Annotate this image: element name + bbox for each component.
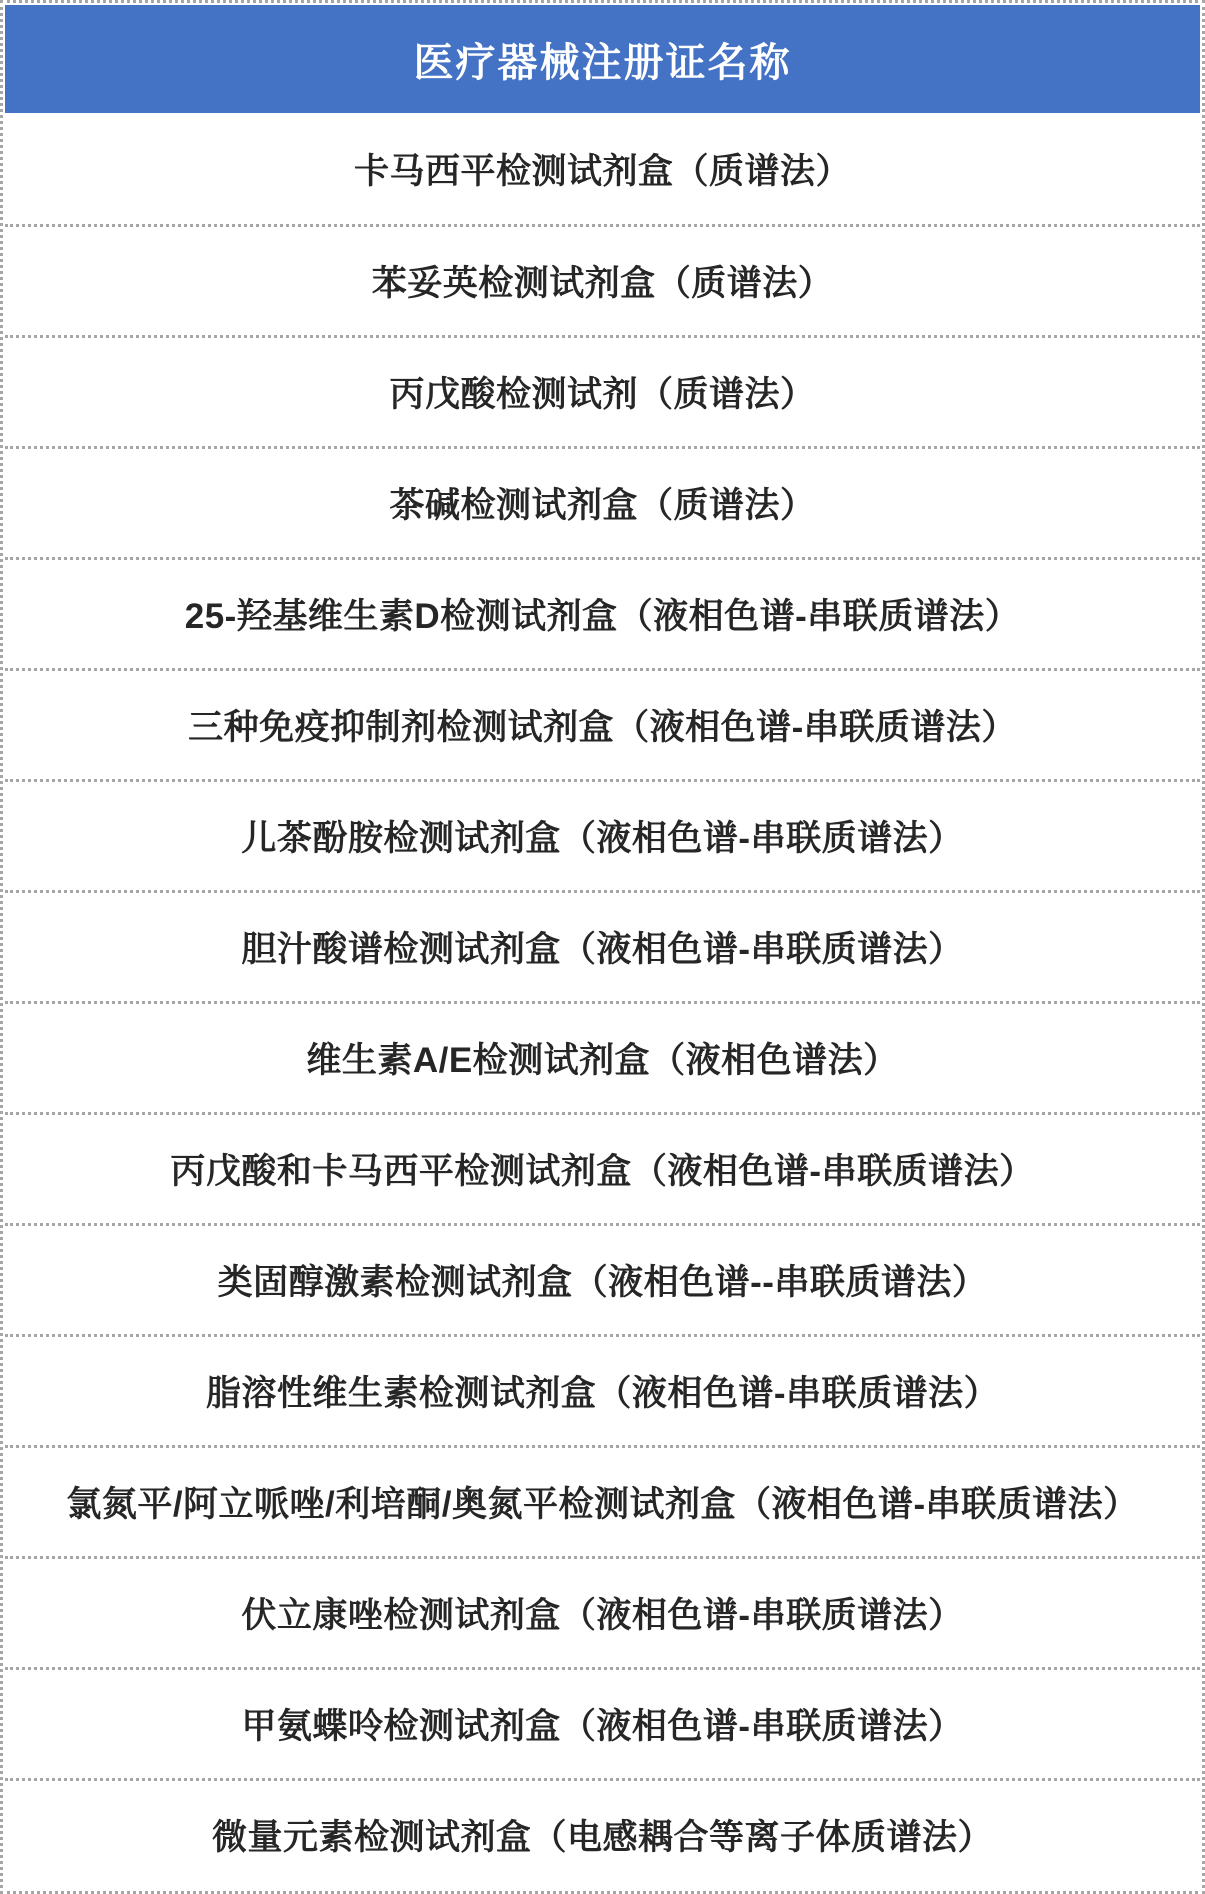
table-row: 氯氮平/阿立哌唑/利培酮/奥氮平检测试剂盒（液相色谱-串联质谱法）: [5, 1445, 1200, 1556]
table-row: 胆汁酸谱检测试剂盒（液相色谱-串联质谱法）: [5, 890, 1200, 1001]
table-row: 甲氨蝶呤检测试剂盒（液相色谱-串联质谱法）: [5, 1667, 1200, 1778]
table-row: 茶碱检测试剂盒（质谱法）: [5, 446, 1200, 557]
table-row: 维生素A/E检测试剂盒（液相色谱法）: [5, 1001, 1200, 1112]
row-label: 类固醇激素检测试剂盒（液相色谱--串联质谱法）: [218, 1255, 988, 1305]
table-row: 苯妥英检测试剂盒（质谱法）: [5, 224, 1200, 335]
table-row: 25-羟基维生素D检测试剂盒（液相色谱-串联质谱法）: [5, 557, 1200, 668]
table-header: 医疗器械注册证名称: [5, 5, 1200, 113]
row-label: 甲氨蝶呤检测试剂盒（液相色谱-串联质谱法）: [241, 1699, 963, 1749]
row-label: 丙戊酸和卡马西平检测试剂盒（液相色谱-串联质谱法）: [170, 1144, 1034, 1194]
row-label: 三种免疫抑制剂检测试剂盒（液相色谱-串联质谱法）: [188, 700, 1017, 750]
table-row: 伏立康唑检测试剂盒（液相色谱-串联质谱法）: [5, 1556, 1200, 1667]
table-row: 三种免疫抑制剂检测试剂盒（液相色谱-串联质谱法）: [5, 668, 1200, 779]
row-label: 丙戊酸检测试剂（质谱法）: [389, 367, 815, 417]
row-label: 脂溶性维生素检测试剂盒（液相色谱-串联质谱法）: [206, 1366, 999, 1416]
table-row: 儿茶酚胺检测试剂盒（液相色谱-串联质谱法）: [5, 779, 1200, 890]
row-label: 苯妥英检测试剂盒（质谱法）: [372, 256, 834, 306]
table-row: 丙戊酸和卡马西平检测试剂盒（液相色谱-串联质谱法）: [5, 1112, 1200, 1223]
table-row: 脂溶性维生素检测试剂盒（液相色谱-串联质谱法）: [5, 1334, 1200, 1445]
row-label: 茶碱检测试剂盒（质谱法）: [389, 478, 815, 528]
table-row: 微量元素检测试剂盒（电感耦合等离子体质谱法）: [5, 1778, 1200, 1889]
row-label: 维生素A/E检测试剂盒（液相色谱法）: [306, 1033, 898, 1083]
table-header-title: 医疗器械注册证名称: [414, 31, 792, 88]
row-label: 卡马西平检测试剂盒（质谱法）: [354, 144, 851, 194]
table-row: 卡马西平检测试剂盒（质谱法）: [5, 113, 1200, 224]
row-label: 伏立康唑检测试剂盒（液相色谱-串联质谱法）: [241, 1588, 963, 1638]
registration-name-table: 医疗器械注册证名称 卡马西平检测试剂盒（质谱法） 苯妥英检测试剂盒（质谱法） 丙…: [0, 0, 1205, 1894]
row-label: 氯氮平/阿立哌唑/利培酮/奥氮平检测试剂盒（液相色谱-串联质谱法）: [66, 1477, 1138, 1527]
row-label: 微量元素检测试剂盒（电感耦合等离子体质谱法）: [212, 1810, 993, 1860]
row-label: 儿茶酚胺检测试剂盒（液相色谱-串联质谱法）: [241, 811, 963, 861]
row-label: 胆汁酸谱检测试剂盒（液相色谱-串联质谱法）: [241, 922, 963, 972]
row-label: 25-羟基维生素D检测试剂盒（液相色谱-串联质谱法）: [185, 589, 1021, 639]
table-row: 类固醇激素检测试剂盒（液相色谱--串联质谱法）: [5, 1223, 1200, 1334]
table-row: 丙戊酸检测试剂（质谱法）: [5, 335, 1200, 446]
